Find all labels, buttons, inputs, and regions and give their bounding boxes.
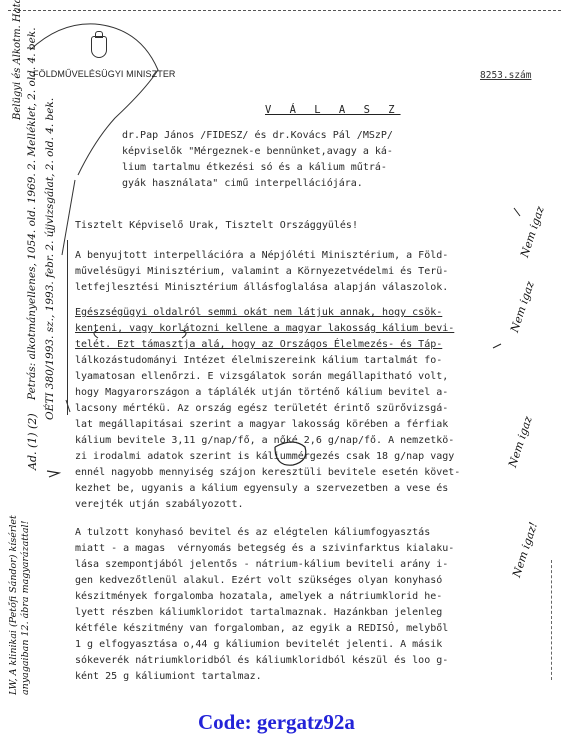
handwritten-note-3: Ad. (1) (2) (26, 413, 39, 470)
text-line: zi irodalmi adatok szerint is káliummérg… (75, 449, 454, 466)
handwritten-note-1: Petrás: alkotmányellenes, 1054. old. 196… (26, 27, 38, 400)
text-line: művelésügyi Minisztérium, valamint a Kör… (75, 264, 448, 281)
text-line: 1 g elfogyasztása o,44 g káliumion bevit… (75, 637, 442, 654)
text-line: A benyujtott interpellációra a Népjóléti… (75, 248, 448, 265)
text-line: A tulzott konyhasó bevitel és az elégtel… (75, 525, 430, 542)
text-line: kenteni, vagy korlátozni kellene a magya… (75, 321, 454, 338)
text-line: kétféle készitmény van forgalomban, az e… (75, 621, 448, 638)
text-line: Egészségügyi oldalról semmi okát nem lát… (75, 305, 442, 322)
salutation: Tisztelt Képviselő Urak, Tisztelt Ország… (75, 218, 358, 235)
text-line: kezhet be, ugyanis a kálium egyensuly a … (75, 481, 448, 498)
intro-line: gyák használata" cimű interpellációjára. (122, 176, 363, 193)
watermark-code: Code: gergatz92a (198, 710, 355, 735)
text-line: verejték utján szabályozott. (75, 497, 244, 514)
text-line: hogy Magyarországon a táplálék utján tör… (75, 385, 448, 402)
intro-line: képviselők "Mérgeznek-e bennünket,avagy … (122, 144, 393, 161)
handwritten-right-note: Nem igaz (506, 415, 535, 469)
handwritten-right-note: Nem igaz (518, 205, 547, 259)
handwritten-right-note: Nem igaz! (510, 520, 540, 579)
text-line: sókeverék nátriumkloridból és káliumklor… (75, 653, 448, 670)
handwritten-right-note: Nem igaz (508, 280, 537, 334)
ministry-name: FÖLDMŰVELÉSÜGYI MINISZTER (33, 69, 176, 79)
handwritten-note-4: LW, A klinikai (Petőfi Sándor) kísérlet … (8, 495, 32, 695)
text-line: ennél nagyobb mennyiség szájon keresztül… (75, 465, 460, 482)
text-line: letfejlesztési Minisztérium állásfoglalá… (75, 280, 448, 297)
text-line: ként 25 g káliumiont tartalmaz. (75, 669, 262, 686)
coat-of-arms-icon (91, 36, 107, 58)
reference-number: 8253.szám (480, 70, 531, 81)
intro-line: dr.Pap János /FIDESZ/ és dr.Kovács Pál /… (122, 128, 393, 145)
margin-bracket (67, 240, 68, 415)
text-line: lat megállapitásai szerint a magyar lako… (75, 417, 448, 434)
text-line: telét. Ezt támasztja alá, hogy az Ország… (75, 337, 442, 354)
text-line: lyett részben káliumkloridot tartalmazna… (75, 605, 442, 622)
text-line: lása szempontjából jelentős - nátrium-ká… (75, 557, 448, 574)
intro-line: lium tartalmu étkezési só és a kálium mű… (122, 160, 387, 177)
top-border (8, 10, 561, 11)
text-line: lyamatosan ellenőrzi. E vizsgálatok sorá… (75, 369, 448, 386)
document-title: V Á L A S Z (265, 104, 401, 116)
text-line: gen kedvezőtlenül alakul. Ezért volt szü… (75, 573, 442, 590)
text-line: miatt - a magas vérnyomás betegség és a … (75, 541, 454, 558)
right-edge-line (551, 560, 552, 680)
text-line: kálium bevitele 3,11 g/nap/fő, a nőké 2,… (75, 433, 454, 450)
text-line: lacsony mértékü. Az ország egész terület… (75, 401, 448, 418)
text-line: készitmények forgalomba hozatala, amelye… (75, 589, 442, 606)
handwritten-note-2: OÉTI 380/1993. sz., 1993. febr. 2. újjvi… (44, 98, 56, 420)
text-line: lálkozástudományi Intézet élelmiszereink… (75, 353, 442, 370)
handwritten-note-top: Belügyi és Alkotm. Hatalma (12, 0, 23, 120)
